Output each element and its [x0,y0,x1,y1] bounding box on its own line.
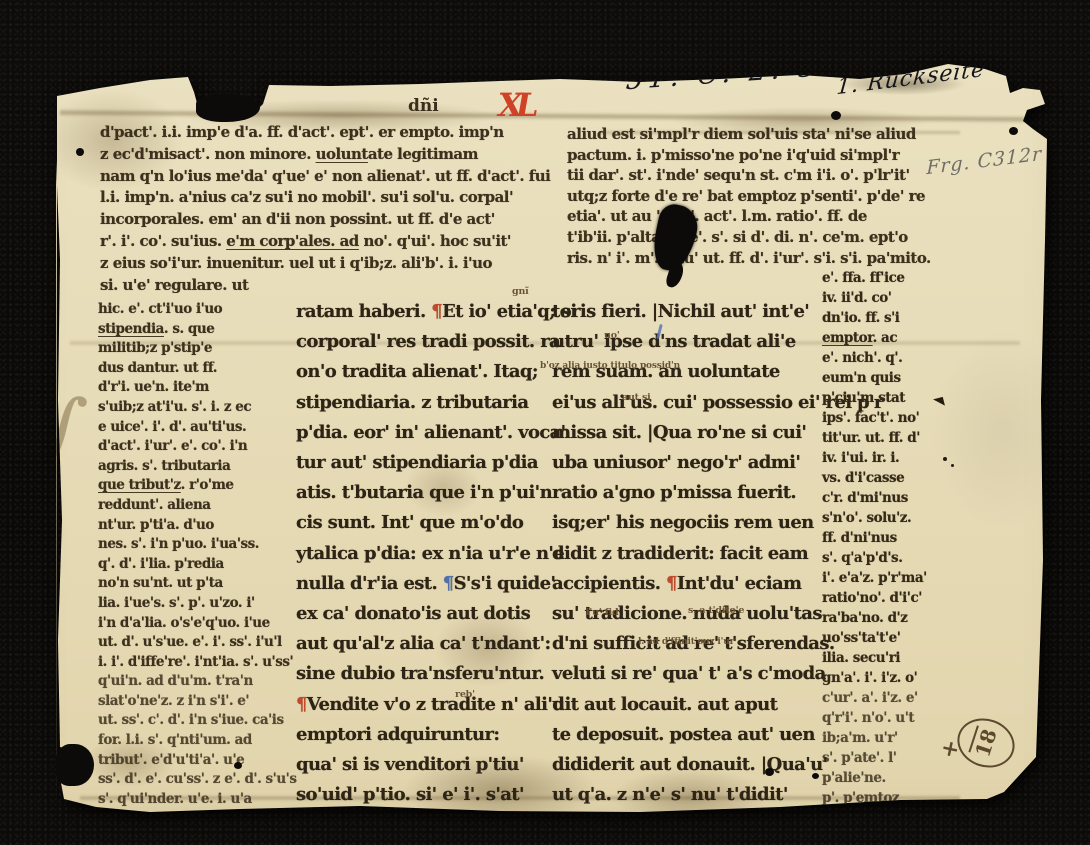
text-line: emptor. ac [822,328,962,348]
ink-speck [943,457,947,461]
text-line: no'n su'nt. ut p'ta [98,574,298,594]
text-line: tii dar'. st'. i'nde' sequ'n st. c'm i'i… [567,165,952,186]
main-text-right-column: toris fieri. |Nichil aut' int'e'utru' ip… [552,297,822,810]
text-line: aliud est si'mpl'r diem sol'uis sta' ni'… [567,124,952,145]
text-line: ris. n' i'. m'. ctiu' ut. ff. d'. i'ur'.… [567,248,952,269]
text-line: ¶Vendite v'o z tradite n' ali'd [296,690,551,720]
text-line: i. i'. d'iffe're'. i'nt'ia. s'. u'ss' [98,653,298,673]
text-line: nam q'n lo'ius me'da' q'ue' e' non alien… [100,166,415,188]
parchment-wrap: 51. C. 2. 3656 1. Rückseite Frg. C312r d… [0,0,1090,845]
text-line: d'act'. i'ur'. e'. co'. i'n [98,437,298,457]
text-line: ut. d'. u's'ue. e'. i'. ss'. i'u'l [98,633,298,653]
text-line: nes. s'. i'n p'uo. i'ua'ss. [98,535,298,555]
text-line: ratio a'gno p'missa fuerit. [552,478,822,508]
manuscript-photograph: 51. C. 2. 3656 1. Rückseite Frg. C312r d… [0,0,1090,845]
text-line: dus dantur. ut ff. [98,359,298,379]
text-line: t'ib'ii. p'alta u'. e'. s'. si d'. di. n… [567,227,952,248]
section-numeral-rubric: XL [495,86,535,124]
text-line: dn'io. ff. s'i [822,308,962,328]
text-line: p'alie'ne. [822,768,962,788]
interlinear-gloss: l. ad d'ffinit'ouz i'ur' [638,637,737,647]
text-line: e'. ffa. ff'ice [822,268,962,288]
text-line: stipendia. s. que [98,320,298,340]
text-line: so'uid' p'tio. si' e' i'. s'at' [296,780,551,810]
text-line: nulla d'r'ia est. ¶S's'i quide' [296,569,551,599]
text-line: z eius so'i'ur. inuenitur. uel ut i q'ib… [100,253,415,275]
text-line: on'o tradita alienat'. Itaq; [296,357,551,387]
text-line: stipendiaria. z tributaria [296,388,551,418]
text-line: for. l.i. s'. q'nti'um. ad [98,731,298,751]
text-line: dididerit aut donauit. |Qua'u' [552,750,822,780]
text-line: ff. d'ni'nus [822,528,962,548]
text-line: veluti si re' qua' t' a's c'moda [552,659,822,689]
text-line: c'r. d'mi'nus [822,488,962,508]
text-line: hic. e'. ct'i'uo i'uo [98,300,298,320]
text-line: incorporales. em' an d'ii non possint. u… [100,209,415,231]
wormhole [234,762,242,769]
wormhole [76,148,84,156]
text-line: ra'ba'no. d'z [822,608,962,628]
text-line: d'pact'. i.i. imp'e d'a. ff. d'act'. ept… [100,122,415,144]
interlinear-gloss: i'u' fid [586,607,618,618]
interlinear-gloss: s. a t'dito'e [688,605,744,616]
text-line: iv. ii'd. co' [822,288,962,308]
text-line: ytalica p'dia: ex n'ia u'r'e n'e [296,539,551,569]
text-line: q'r'i'. n'o'. u't [822,708,962,728]
gloss-top-right-column: aliud est si'mpl'r diem sol'uis sta' ni'… [567,124,952,268]
text-line: uba uniusor' nego'r' admi' [552,448,822,478]
text-line: gn'a'. i'. i'z. o' [822,668,962,688]
text-line: toris fieri. |Nichil aut' int'e' [552,297,822,327]
text-line: s'uib;z at'i'u. s'. i. z ec [98,398,298,418]
text-line: accipientis. ¶Int'du' eciam [552,569,822,599]
text-line: sine dubio tra'nsferu'ntur. [296,659,551,689]
text-line: l.i. imp'n. a'nius ca'z su'i no mobil'. … [100,187,415,209]
text-line: isq;er' his negociis rem uen [552,508,822,538]
text-line: corporal' res tradi possit. ra [296,327,551,357]
text-line: tribut'. e'd'u'ti'a'. u'e [98,751,298,771]
gloss-left-column: hic. e'. ct'i'uo i'uostipendia. s. quemi… [98,300,298,809]
gloss-top-left-column: d'pact'. i.i. imp'e d'a. ff. d'act'. ept… [100,122,415,296]
text-line: lia. i'ue's. s'. p'. u'zo. i' [98,594,298,614]
margin-squiggle: ∫ [35,377,92,472]
text-line: ut q'a. z n'e' s' nu' t'didit' [552,780,822,810]
text-line: ei'us ali'us. cui' possessio ei' rei p'r [552,388,822,418]
wormhole [812,773,819,779]
parchment-fragment: 51. C. 2. 3656 1. Rückseite Frg. C312r d… [0,0,1090,845]
text-line: que tribut'z. r'o'me [98,476,298,496]
text-line: ut. ss'. c'. d'. i'n s'iue. ca'is [98,711,298,731]
text-line: d'r'i. ue'n. ite'm [98,378,298,398]
wormhole [765,768,774,776]
interlinear-gloss: gnĩ [512,286,529,297]
text-line: tur aut' stipendiaria p'dia [296,448,551,478]
text-line: cis sunt. Int' que m'o'do [296,508,551,538]
text-line: ratam haberi. ¶Et io' etia'q; si [296,297,551,327]
text-line: slat'o'ne'z. z i'n s'i'. e' [98,692,298,712]
text-line: missa sit. |Qua ro'ne si cui' [552,418,822,448]
text-line: iv. i'ui. ir. i. [822,448,962,468]
text-line: utru' ipse d'ns tradat ali'e [552,327,822,357]
text-line: s'. q'a'p'd's. [822,548,962,568]
gloss-right-column: e'. ffa. ff'iceiv. ii'd. co'dn'io. ff. s… [822,268,962,808]
interlinear-gloss: aut si [622,392,651,403]
text-line: emptori adquiruntur: [296,720,551,750]
interlinear-gloss: b'oz alia iusto titulo possid'n [540,361,680,371]
verso-annotation: 1. Rückseite [835,57,986,101]
edge-tear [56,744,94,786]
text-line: nt'ur. p'ti'a. d'uo [98,516,298,536]
text-line: r'. i'. co'. su'ius. e'm corp'ales. ad n… [100,231,415,253]
circled-number-value: 18 [970,726,1001,760]
text-line: utq;z forte d'e re' bat emptoz p'senti'.… [567,186,952,207]
text-line: z ec'd'misact'. non minore. uoluntate le… [100,144,415,166]
text-line: ips'. fac't'. no' [822,408,962,428]
text-line: q'ui'n. ad d'u'm. t'ra'n [98,672,298,692]
text-line: i'n d'a'lia. o's'e'q'uo. i'ue [98,614,298,634]
text-line: aut qu'al'z alia ca' t'ndant': [296,629,551,659]
text-line: ilia. secu'ri [822,648,962,668]
ink-speck [951,464,954,467]
text-line: c'ur'. a'. i'z. e' [822,688,962,708]
text-line: qua' si is venditori p'tiu' [296,750,551,780]
interlinear-gloss: uo' [604,330,620,341]
text-line: reddunt'. aliena [98,496,298,516]
text-line: atis. t'butaria que i'n p'ui'n [296,478,551,508]
text-line: uit aut locauit. aut aput [552,690,822,720]
text-line: si. u'e' regulare. ut [100,275,415,297]
text-line: pactum. i. p'misso'ne po'ne i'q'uid si'm… [567,145,952,166]
text-line: q'. d'. i'lia. p'redia [98,555,298,575]
text-line: p'. p'emtoz [822,788,962,808]
interlinear-gloss: reb' [455,689,475,700]
text-line: militib;z p'stip'e [98,339,298,359]
wormhole [1009,127,1018,135]
text-line: tit'ur. ut. ff. d' [822,428,962,448]
text-line: agris. s'. tributaria [98,457,298,477]
running-header: dñi [408,96,439,116]
text-line: didit z tradiderit: facit eam [552,539,822,569]
text-line: s'. q'ui'nder. u'e. i. u'a [98,790,298,810]
text-line: vs. d'i'casse [822,468,962,488]
text-line: etia'. ut au 'pigi'. act'. l.m. ratio'. … [567,206,952,227]
text-line: i'. e'a'z. p'r'ma' [822,568,962,588]
text-line: ratio'no'. d'i'c' [822,588,962,608]
text-line: te deposuit. postea aut' uen [552,720,822,750]
main-text-left-column: ratam haberi. ¶Et io' etia'q; sicorporal… [296,297,551,810]
text-line: p'dia. eor' in' alienant'. voca' [296,418,551,448]
text-line: e uice'. i'. d'. au'ti'us. [98,418,298,438]
text-line: eum'n quis [822,368,962,388]
wormhole [831,111,841,120]
text-line: ex ca' donato'is aut dotis [296,599,551,629]
text-line: ss'. d'. e'. cu'ss'. z e'. d'. s'u's [98,770,298,790]
text-line: e'. nich'. q'. [822,348,962,368]
text-line: s'n'o'. solu'z. [822,508,962,528]
text-line: uo'ss'ta't'e' [822,628,962,648]
